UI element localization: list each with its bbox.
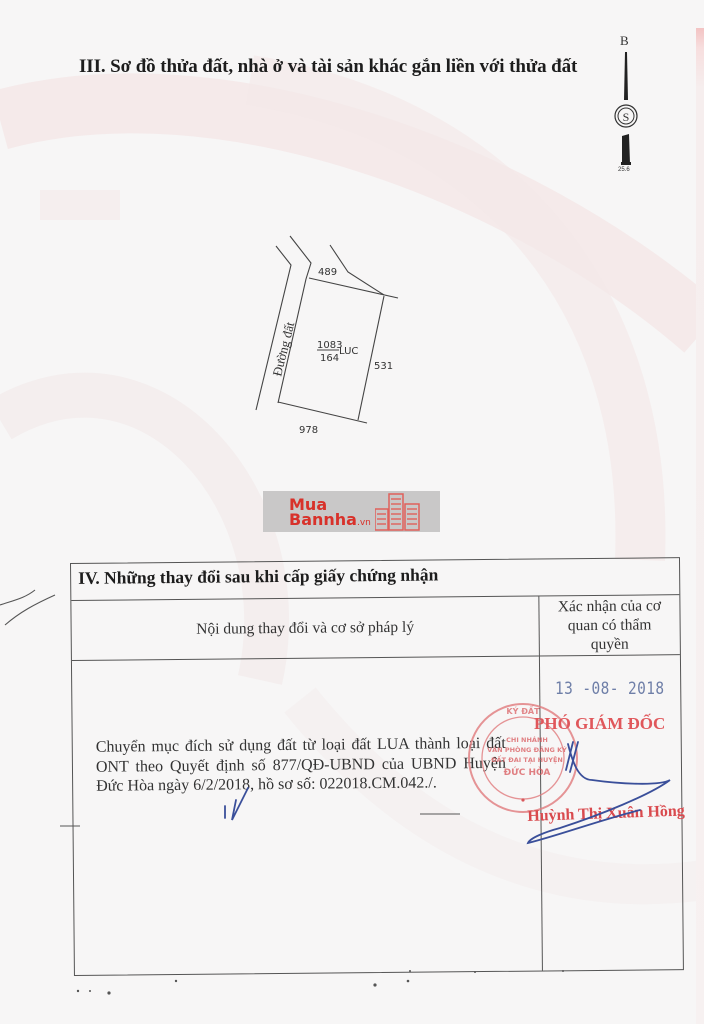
parcel-map: 489 531 978 1083 164 LUC Đường đất — [240, 225, 420, 445]
date-stamp: 13 -08- 2018 — [555, 679, 665, 699]
change-content-text: Chuyển mục đích sử dụng đất từ loại đất … — [96, 734, 507, 796]
column-header-content: Nội dung thay đổi và cơ sở pháp lý — [71, 597, 539, 661]
section-3-title: III. Sơ đồ thửa đất, nhà ở và tài sản kh… — [79, 56, 577, 78]
svg-text:CHI NHÁNH: CHI NHÁNH — [506, 735, 548, 744]
page-edge-strip — [696, 28, 704, 1024]
svg-text:ĐỨC HÒA: ĐỨC HÒA — [504, 766, 551, 778]
logo-text-bannha: Bannha.vn — [289, 512, 371, 531]
neighbor-south-label: 978 — [299, 425, 318, 436]
column-header-confirmation: Xác nhận của cơ quan có thẩm quyền — [538, 595, 680, 656]
building-icon — [375, 491, 440, 532]
svg-text:ĐẤT ĐAI TẠI HUYỆN: ĐẤT ĐAI TẠI HUYỆN — [491, 754, 563, 764]
mua-ban-nha-logo: Mua Bannha.vn — [263, 491, 440, 532]
signer-title-stamp: PHÓ GIÁM ĐỐC — [534, 714, 665, 734]
road-label: Đường đất — [269, 320, 297, 378]
svg-text:VĂN PHÒNG ĐĂNG KÝ: VĂN PHÒNG ĐĂNG KÝ — [487, 745, 567, 754]
compass-graphic: S — [612, 30, 642, 180]
compass-scale-label: 25.6 — [618, 167, 630, 173]
parcel-area: 164 — [320, 353, 339, 364]
neighbor-east-label: 531 — [374, 361, 393, 372]
neighbor-north-label: 489 — [318, 267, 337, 278]
parcel-land-use: LUC — [339, 346, 358, 357]
section-4-title: IV. Những thay đổi sau khi cấp giấy chứn… — [71, 558, 679, 601]
changes-table: IV. Những thay đổi sau khi cấp giấy chứn… — [70, 557, 684, 976]
north-arrow-icon: B S 25.6 — [612, 30, 642, 180]
svg-text:S: S — [623, 110, 630, 124]
